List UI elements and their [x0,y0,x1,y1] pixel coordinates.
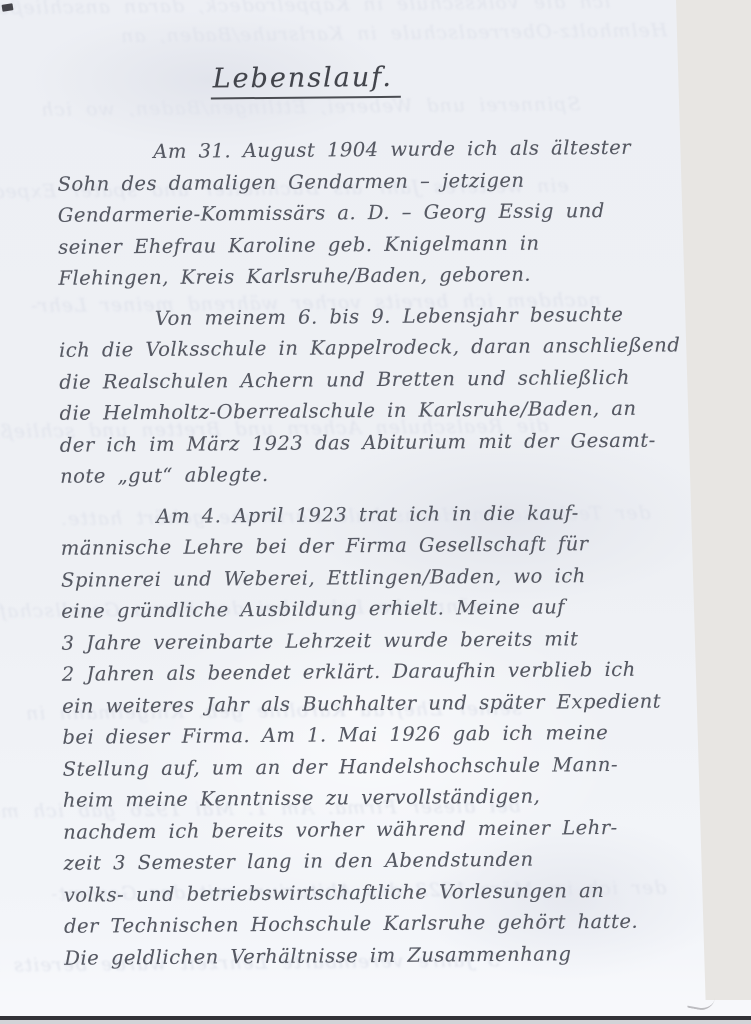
handwritten-line: Von meinem 6. bis 9. Lebensjahr besuchte [155,298,681,334]
handwritten-line: der ich im März 1923 das Abiturium mit d… [60,424,682,461]
scanner-background-strip [0,1020,751,1024]
handwritten-line: Stellung auf, um an der Handelshochschul… [63,748,685,785]
handwritten-line: Am 31. August 1904 wurde ich als älteste… [153,131,679,167]
handwritten-line: Am 4. April 1923 trat ich in die kauf- [156,496,682,532]
handwritten-line: die Helmholtz-Oberrealschule in Karlsruh… [59,392,681,429]
handwritten-line: Die geldlichen Verhältnisse im Zusammenh… [64,937,686,974]
handwritten-line: bei dieser Firma. Am 1. Mai 1926 gab ich… [62,716,684,753]
handwritten-line: nachdem ich bereits vorher während meine… [63,811,685,848]
handwritten-line: note „gut“ ablegte. [60,455,682,492]
handwritten-line: ich die Volksschule in Kappelrodeck, dar… [59,329,681,366]
handwritten-line: 2 Jahren als beendet erklärt. Daraufhin … [62,653,684,690]
document-title: Lebenslauf. [211,62,401,100]
handwritten-line: Flehingen, Kreis Karlsruhe/Baden, gebore… [58,257,680,294]
scanned-page: ich die Volksschule in Kappelrodeck, dar… [0,0,751,1024]
document-body: Am 31. August 1904 wurde ich als älteste… [57,131,686,973]
paper-bottom-highlight [0,1000,751,1016]
handwritten-line: Gendarmerie-Kommissärs a. D. – Georg Ess… [58,194,680,231]
handwritten-line: der Technischen Hochschule Karlsruhe geh… [64,905,686,942]
